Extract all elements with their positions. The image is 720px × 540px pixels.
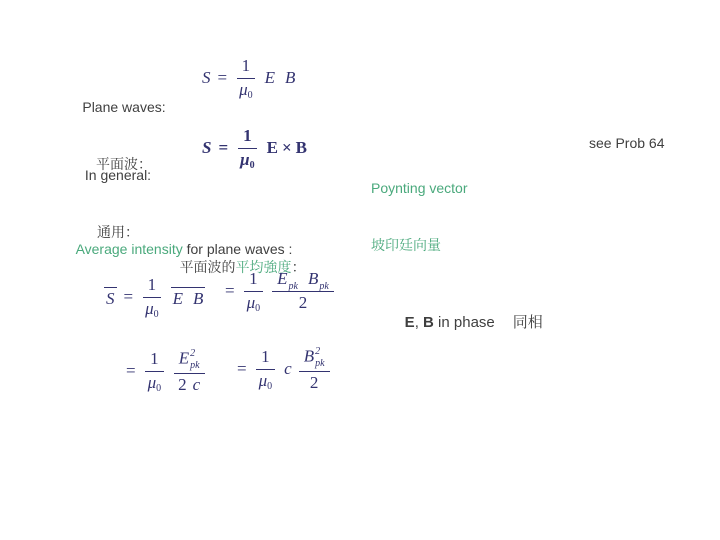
- formula3b-B-sub: pk: [319, 281, 328, 292]
- formula4a-fraction-E: E2pk 2c: [173, 348, 205, 395]
- formula4b-B-sup: 2: [315, 346, 320, 358]
- formula4b-B-denominator: 2: [305, 372, 324, 393]
- formula4b-B: B: [304, 346, 314, 365]
- formula4a-E: E: [179, 348, 189, 367]
- formula1-EB: EB: [265, 68, 296, 88]
- poynting-caption-en: Poynting vector: [371, 179, 468, 198]
- formula4a-numerator: 1: [145, 350, 164, 372]
- formula3a-E: E: [173, 289, 183, 308]
- formula1-equals: =: [218, 68, 228, 88]
- formula4a-E-scripts: 2pk: [190, 348, 199, 371]
- formula4b-c: c: [284, 359, 292, 379]
- formula2-fraction: 1 μ0: [235, 127, 259, 169]
- formula4b-B-scripts: 2pk: [315, 346, 324, 369]
- formula3b-peak-numerator: EpkBpk: [272, 270, 334, 292]
- formula4b-mu: μ: [259, 371, 268, 390]
- formula2-cross: ×: [282, 138, 292, 157]
- formula3b-mu-sub: 0: [255, 303, 260, 314]
- formula4a-E-sub: pk: [190, 360, 199, 372]
- formula3b-mu: μ: [247, 293, 256, 312]
- formula-plane-wave-scalar: S = 1 μ0 EB: [202, 57, 295, 99]
- formula3b-fraction-peaks: EpkBpk 2: [272, 270, 334, 312]
- slide-canvas: Plane waves: 平面波： S = 1 μ0 EB In general…: [0, 0, 720, 540]
- formula1-B: B: [285, 68, 295, 87]
- in-phase-B: B: [423, 314, 434, 331]
- formula-peak-product: = 1 μ0 EpkBpk 2: [225, 270, 334, 312]
- formula2-equals: =: [218, 138, 228, 158]
- formula4a-denominator: μ0: [143, 372, 167, 393]
- formula3b-numerator: 1: [244, 270, 263, 292]
- in-phase-note: E, B in phase同相: [388, 294, 543, 349]
- formula3b-peak-denominator: 2: [294, 292, 313, 313]
- formula4b-fraction-B: B2pk 2: [299, 346, 330, 393]
- formula3a-EBbar: EB: [171, 287, 206, 307]
- formula4a-equals: =: [126, 361, 136, 381]
- formula4b-numerator: 1: [256, 348, 275, 370]
- formula2-numerator: 1: [238, 127, 257, 149]
- formula4a-E-sup: 2: [190, 348, 195, 360]
- formula1-numerator: 1: [237, 57, 256, 79]
- formula3b-E: E: [277, 269, 287, 288]
- formula3a-B: B: [193, 289, 203, 308]
- formula4b-B-numerator: B2pk: [299, 346, 330, 372]
- formula1-E: E: [265, 68, 275, 87]
- formula4b-B-sub: pk: [315, 358, 324, 370]
- formula1-fraction: 1 μ0: [234, 57, 258, 99]
- formula4b-denominator: μ0: [254, 370, 278, 391]
- formula1-mu: μ: [239, 80, 248, 99]
- formula3a-denominator: μ0: [140, 298, 164, 319]
- in-phase-comma: ,: [415, 314, 423, 331]
- poynting-caption: Poynting vector 坡印廷向量: [371, 141, 468, 293]
- formula-e-field-form: = 1 μ0 E2pk 2c: [126, 348, 205, 395]
- formula3b-equals: =: [225, 281, 235, 301]
- formula3b-B: B: [308, 269, 318, 288]
- formula1-mu-sub: 0: [248, 90, 253, 101]
- formula3a-S: S: [106, 289, 115, 308]
- see-prob-note: see Prob 64: [589, 134, 665, 153]
- formula3a-fraction: 1 μ0: [140, 276, 164, 318]
- formula2-mu: μ: [240, 150, 249, 169]
- formula2-denominator: μ0: [235, 149, 259, 170]
- formula3a-Sbar: S: [104, 287, 117, 307]
- plane-waves-label-en: Plane waves:: [70, 98, 178, 117]
- formula4b-equals: =: [237, 359, 247, 379]
- in-general-label-en: In general:: [72, 166, 164, 185]
- poynting-caption-zh: 坡印廷向量: [371, 236, 468, 255]
- formula4a-E-denominator: 2c: [173, 374, 205, 395]
- formula2-B: B: [296, 138, 307, 157]
- formula4a-fraction-mu: 1 μ0: [143, 350, 167, 392]
- formula4b-fraction-mu: 1 μ0: [254, 348, 278, 390]
- formula2-ExB: E×B: [267, 138, 307, 158]
- formula2-mu-sub: 0: [250, 160, 255, 171]
- formula4a-den-2: 2: [178, 375, 187, 394]
- formula3b-E-sub: pk: [289, 281, 298, 292]
- formula4a-mu-sub: 0: [156, 383, 161, 394]
- formula3a-numerator: 1: [143, 276, 162, 298]
- formula4a-den-c: c: [193, 375, 201, 394]
- formula4a-mu: μ: [148, 373, 157, 392]
- formula2-E: E: [267, 138, 278, 157]
- formula1-S: S: [202, 68, 211, 88]
- formula3b-fraction-mu: 1 μ0: [242, 270, 266, 312]
- formula-poynting-vector: S = 1 μ0 E×B: [202, 127, 307, 169]
- in-phase-text: in phase: [434, 314, 495, 331]
- formula3a-mu: μ: [145, 299, 154, 318]
- formula-b-field-form: = 1 μ0 c B2pk 2: [237, 346, 330, 393]
- formula3a-equals: =: [124, 287, 134, 307]
- formula3b-denominator: μ0: [242, 292, 266, 313]
- in-phase-zh: 同相: [513, 314, 543, 331]
- formula-average-intensity: S = 1 μ0 EB: [104, 276, 205, 318]
- formula3a-mu-sub: 0: [154, 309, 159, 320]
- in-phase-E: E: [405, 314, 415, 331]
- formula2-S: S: [202, 138, 211, 158]
- formula4b-mu-sub: 0: [267, 381, 272, 392]
- formula4a-E-numerator: E2pk: [174, 348, 205, 374]
- formula1-denominator: μ0: [234, 79, 258, 100]
